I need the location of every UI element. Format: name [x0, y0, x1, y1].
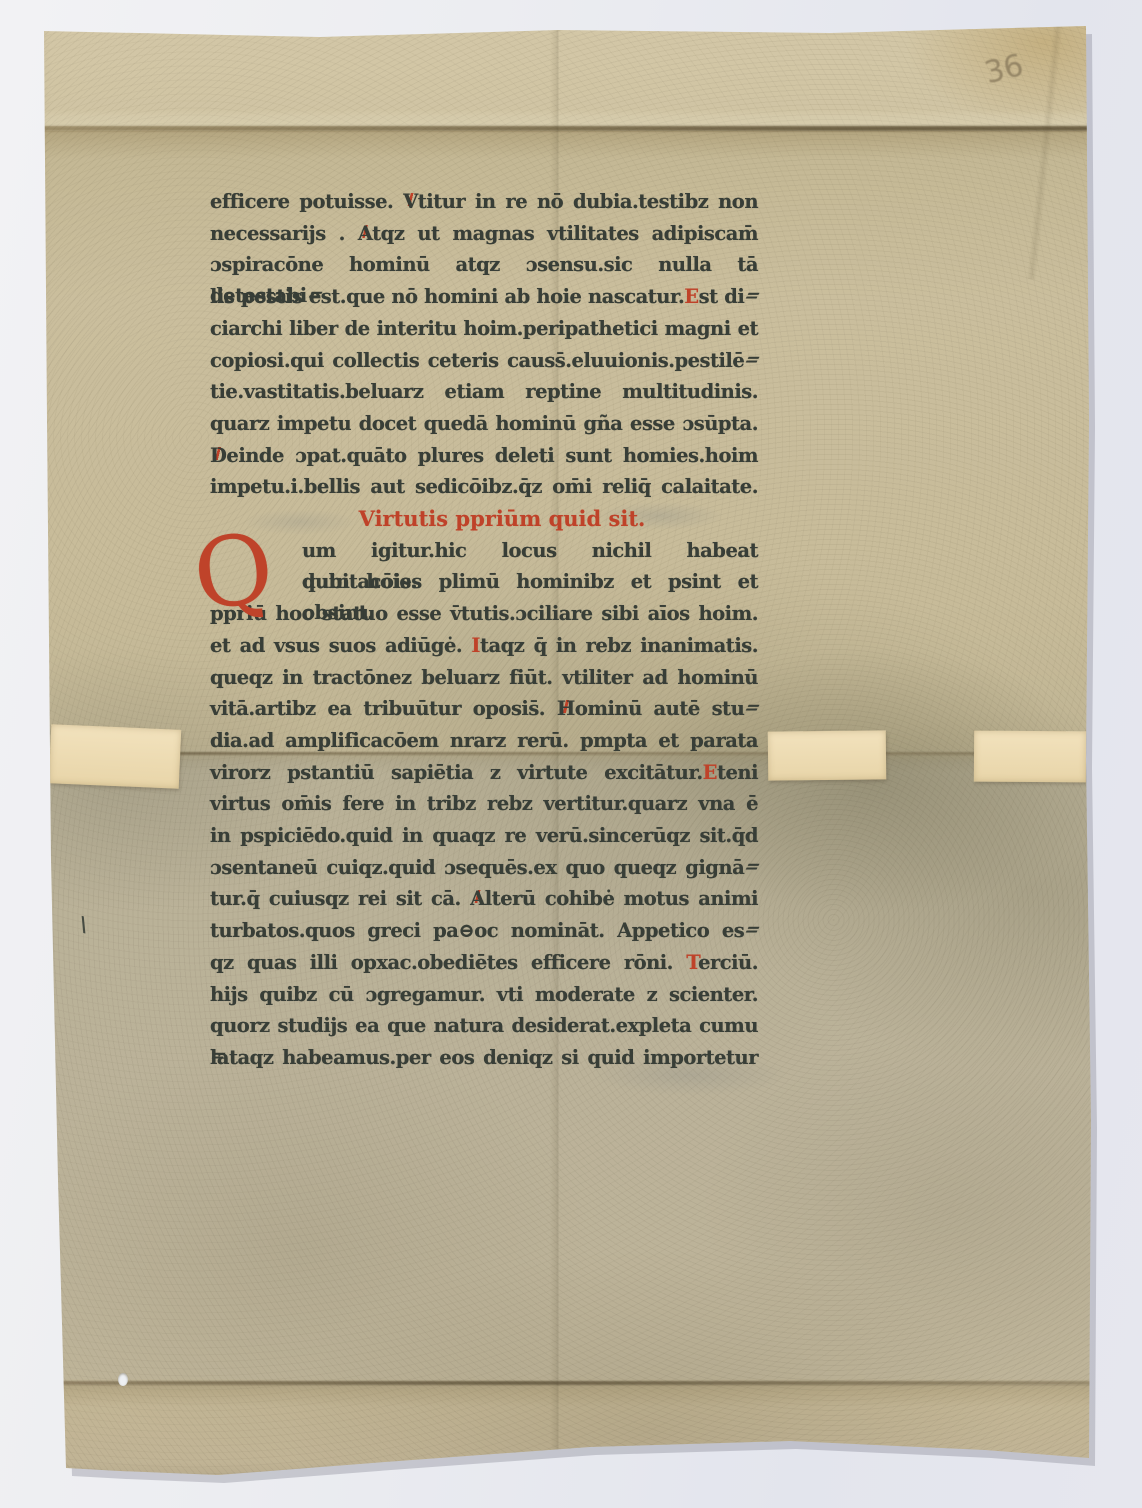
text-line: ɔsentaneū cuiqz.quid ɔsequēs.ex quo queq… — [210, 852, 758, 884]
text-line: quarz impetu docet quedā hominū gña esse… — [210, 408, 758, 440]
fold-crease-top-highlight — [0, 110, 1142, 126]
text-line: efficere potuisse. Vtitur in re nō dubia… — [210, 186, 758, 218]
text-line: quin hoies plimū hominibz et psint et ob… — [302, 566, 758, 598]
manuscript-leaf: 36 efficere potuisse. Vtitur in re nō du… — [0, 0, 1142, 1508]
text-line: in pspiciēdo.quid in quaqz re verū.since… — [210, 820, 758, 852]
text-line: tur.q̄ cuiusqz rei sit cā. Alterū cohibė… — [210, 883, 758, 915]
drop-cap-initial-q: Q — [188, 520, 278, 625]
text-line: queqz in tractōnez beluarz fiūt. vtilite… — [210, 662, 758, 694]
text-line: tie.vastitatis.beluarz etiam reptine mul… — [210, 376, 758, 408]
text-line: et ad vsus suos adiūgė. Itaqz q̄ in rebz… — [210, 630, 758, 662]
text-line: dia.ad amplificacōem nrarz rerū. pmpta e… — [210, 725, 758, 757]
text-line: vitā.artibz ea tribuūtur oposis̄. Hominū… — [210, 693, 758, 725]
tape-repair-left — [49, 724, 181, 789]
photograph-background: 36 efficere potuisse. Vtitur in re nō du… — [0, 0, 1142, 1508]
rubric-heading: Virtutis ppriūm quid sit. — [210, 503, 758, 535]
text-line: lis pestis est.que nō homini ab hoie nas… — [210, 281, 758, 313]
text-line: Deinde ɔpat.quāto plures deleti sunt hom… — [210, 440, 758, 472]
text-line: lataqz habeamus.per eos deniqz si quid i… — [210, 1042, 758, 1074]
wormhole — [118, 1373, 128, 1386]
text-line: copiosi.qui collectis ceteris causs̄.elu… — [210, 345, 758, 377]
text-line: necessarijs . Atqz ut magnas vtilitates … — [210, 218, 758, 250]
tape-repair-middle — [768, 730, 887, 780]
tape-repair-right — [974, 731, 1086, 783]
fold-crease-bottom-shade — [0, 1385, 1142, 1407]
text-line: ciarchi liber de interitu hoim.peripathe… — [210, 313, 758, 345]
text-line: ɔspiracōne hominū atqz ɔsensu.sic nulla … — [210, 249, 758, 281]
text-line: hijs quibz cū ɔgregamur. vti moderate z … — [210, 979, 758, 1011]
fold-crease-top-shade — [0, 131, 1142, 159]
text-line: um igitur.hic locus nichil habeat dubita… — [302, 535, 758, 567]
text-line: virtus om̄is fere in tribz rebz vertitur… — [210, 788, 758, 820]
text-line: quorz studijs ea que natura desiderat.ex… — [210, 1010, 758, 1042]
text-line: qz quas illi opxac.obediētes efficere rō… — [210, 947, 758, 979]
text-line: ppriū hoc statuo esse v̄tutis.ɔciliare s… — [210, 598, 758, 630]
text-line: turbatos.quos greci pa⊖oc nomināt. Appet… — [210, 915, 758, 947]
text-line: impetu.i.bellis aut sedicōibz.q̄z om̄i r… — [210, 471, 758, 503]
text-line: virorz pstantiū sapiētia z virtute excit… — [210, 757, 758, 789]
